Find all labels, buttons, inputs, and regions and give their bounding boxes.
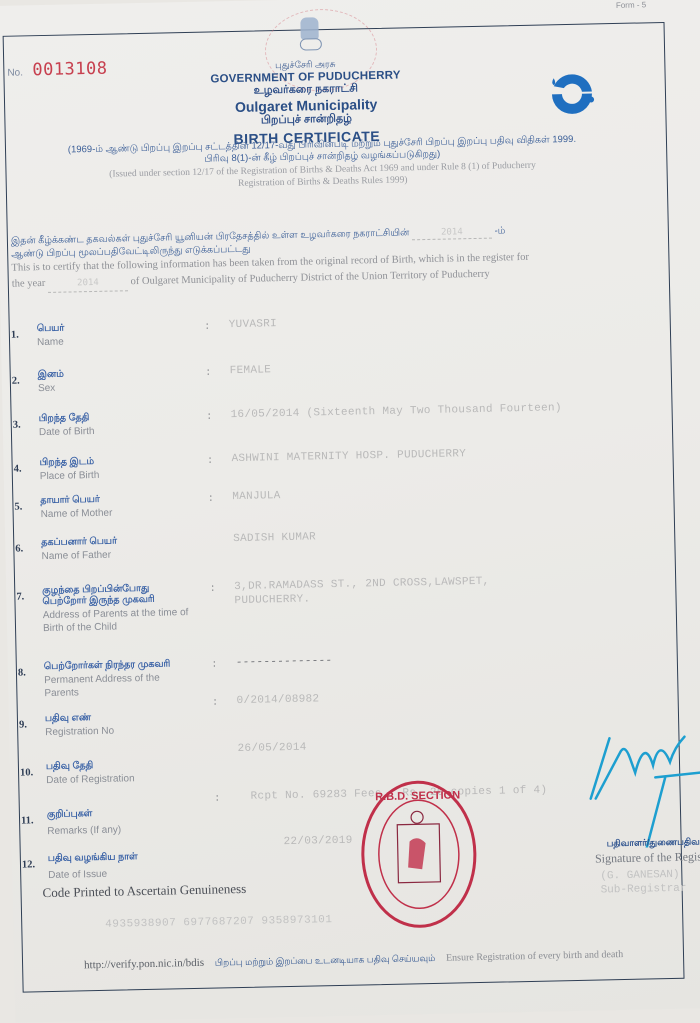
intro-tamil-year: 2014 <box>412 226 492 241</box>
serial-value: 0013108 <box>32 59 108 81</box>
field-label: Date of Registration <box>46 772 135 787</box>
field-number: 3. <box>13 420 21 431</box>
field-value-sex: FEMALE <box>230 364 272 377</box>
field-tamil-label: பதிவு தேதி <box>46 760 94 773</box>
field-tamil-label: குழந்தை பிறப்பின்போது பெற்றோர் இருந்த மு… <box>42 582 192 607</box>
signature-tamil-label: பதிவாளர்/துணைபதிவாளர் <box>607 836 700 850</box>
field-number: 6. <box>15 544 23 555</box>
field-tamil-label: பிறந்த இடம் <box>39 456 94 469</box>
field-number: 2. <box>12 376 20 387</box>
field-tamil-label: இனம் <box>38 369 64 382</box>
field-label: Sex <box>38 382 56 395</box>
rbd-section-stamp-icon: R.B.D. SECTION <box>358 778 479 930</box>
field-colon: : <box>208 454 211 466</box>
serial-number: No. 0013108 <box>7 59 108 81</box>
field-number: 8. <box>18 667 26 678</box>
svg-text:R.B.D. SECTION: R.B.D. SECTION <box>375 789 460 803</box>
field-label: Registration No <box>45 725 114 739</box>
field-tamil-label: பதிவு எண் <box>45 712 91 725</box>
field-label: Name <box>37 336 64 350</box>
serial-label: No. <box>7 67 23 78</box>
field-value-address-line2: PUDUCHERRY. <box>234 594 310 608</box>
field-label: Date of Issue <box>48 868 107 882</box>
signature-label: Signature of the Registrar <box>595 849 700 867</box>
field-colon: : <box>215 791 218 803</box>
field-tamil-label: குறிப்புகள் <box>47 808 93 821</box>
field-number: 4. <box>14 464 22 475</box>
field-value-name: YUVASRI <box>229 318 278 331</box>
field-tamil-label: பதிவு வழங்கிய நாள் <box>48 851 138 865</box>
field-number: 7. <box>16 591 24 602</box>
field-colon: : <box>207 410 210 422</box>
municipality-logo-icon <box>541 63 602 124</box>
intro-tamil-suffix: -ம் <box>494 225 505 236</box>
field-value-date-of-issue: 22/03/2019 <box>283 835 352 848</box>
field-value-mother: MANJULA <box>232 490 281 503</box>
verify-url[interactable]: http://verify.pon.nic.in/bdis <box>84 957 204 972</box>
field-tamil-label: தாயார் பெயர் <box>40 494 100 507</box>
field-value-registration-no: 0/2014/08982 <box>236 693 319 707</box>
registrar-designation: Sub-Registrar <box>601 882 687 898</box>
field-colon: : <box>213 657 216 669</box>
footer-tamil-slogan: பிறப்பு மற்றும் இறப்பை உடனடியாக பதிவு செ… <box>215 953 436 968</box>
field-number: 9. <box>19 719 27 730</box>
field-colon: : <box>207 366 210 378</box>
certificate-header: புதுச்சேரி அரசு GOVERNMENT OF PUDUCHERRY… <box>165 57 447 149</box>
year-prefix: the year <box>12 278 46 290</box>
field-label: Name of Mother <box>41 507 113 521</box>
field-label: Remarks (If any) <box>47 824 121 839</box>
field-label: Name of Father <box>41 549 111 563</box>
field-colon: : <box>209 492 212 504</box>
form-number: Form - 5 <box>616 0 646 10</box>
field-label: Address of Parents at the time of Birth … <box>43 606 194 635</box>
field-value-date-of-registration: 26/05/2014 <box>237 742 306 755</box>
field-tamil-label: தகப்பனார் பெயர் <box>41 536 117 550</box>
field-row-address-at-birth: 7. குழந்தை பிறப்பின்போது பெற்றோர் இருந்த… <box>6 572 687 656</box>
year-value: 2014 <box>48 274 128 293</box>
registrar-name: (G. GANESAN) Sub-Registrar <box>600 868 686 898</box>
field-number: 11. <box>21 815 34 826</box>
field-number: 12. <box>22 859 35 870</box>
footer-english-slogan: Ensure Registration of every birth and d… <box>446 949 623 964</box>
birth-certificate-paper: Form - 5 No. 0013108 புதுச்சேரி அரசு GOV… <box>0 0 700 1023</box>
registrar-signature-icon <box>574 726 700 849</box>
national-emblem-icon <box>292 17 329 58</box>
field-label: Permanent Address of the Parents <box>44 671 195 700</box>
field-number: 1. <box>11 330 19 341</box>
field-colon: : <box>211 582 214 594</box>
field-value-father: SADISH KUMAR <box>233 531 316 545</box>
field-colon: : <box>213 695 216 707</box>
field-number: 5. <box>14 502 22 513</box>
field-label: Place of Birth <box>40 469 100 483</box>
field-tamil-label: பிறந்த தேதி <box>39 412 90 425</box>
field-value-permanent-address: -------------- <box>236 655 333 669</box>
field-number: 10. <box>20 767 33 778</box>
field-label: Date of Birth <box>39 425 95 439</box>
field-colon: : <box>206 320 209 332</box>
field-tamil-label: பெயர் <box>37 323 65 336</box>
